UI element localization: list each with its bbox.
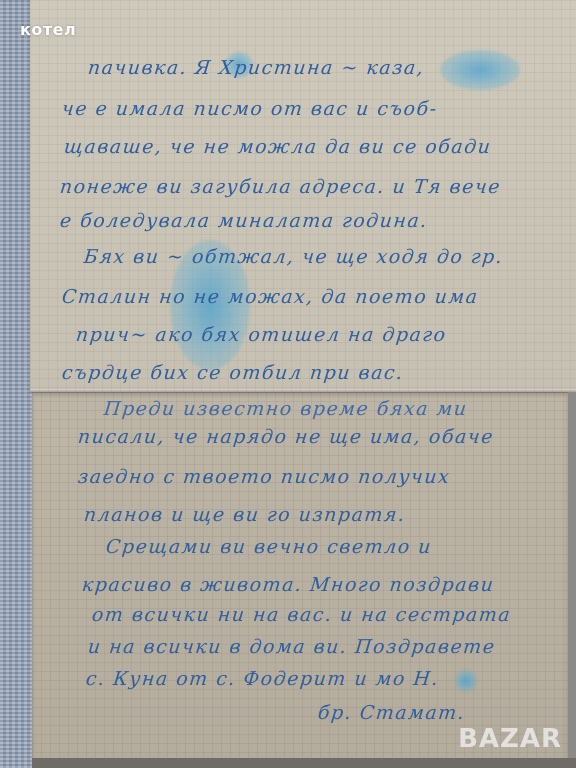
letter-line: от всички ни на вас. и на сестрата [91, 604, 513, 626]
letter-line: красиво в живота. Много поздрави [81, 574, 496, 596]
ink-blot [455, 670, 477, 692]
letter-line: понеже ви загубила адреса. и Тя вече [59, 176, 502, 198]
ink-blot [440, 50, 520, 90]
letter-line: е боледувала миналата година. [59, 210, 429, 232]
letter-line: Срещами ви вечно светло и [105, 536, 433, 558]
letter-line: планов и ще ви го изпратя. [83, 504, 407, 526]
letter-line: и на всички в дома ви. Поздравете [87, 636, 497, 658]
letter-line: че е имала писмо от вас и съоб- [61, 98, 439, 120]
letter-line: заедно с твоето писмо получих [77, 466, 452, 488]
letter-line: прич~ ако бях отишел на драго [75, 324, 448, 346]
letter-line: пачивка. Я Христина ~ каза, [87, 57, 426, 79]
letter-line: с. Куна от с. Фодерит и мо Н. [85, 668, 440, 690]
letter-signature: бр. Стамат. [317, 702, 467, 724]
letter-line: Бях ви ~ обтжал, че ще ходя до гр. [83, 246, 505, 268]
letter-line: Сталин но не можах, да поето има [61, 286, 480, 308]
bazar-watermark-logo: BAZAR [458, 724, 562, 754]
letter-line: писали, че нарядо не ще има, обаче [77, 426, 495, 448]
letter-line: щаваше, че не можла да ви се обади [63, 136, 493, 158]
letter-line: Преди известно време бяха ми [103, 398, 469, 420]
letter-line: сърдце бих се отбил при вас. [61, 362, 405, 384]
handwritten-letter: пачивка. Я Христина ~ каза, че е имала п… [0, 0, 576, 768]
